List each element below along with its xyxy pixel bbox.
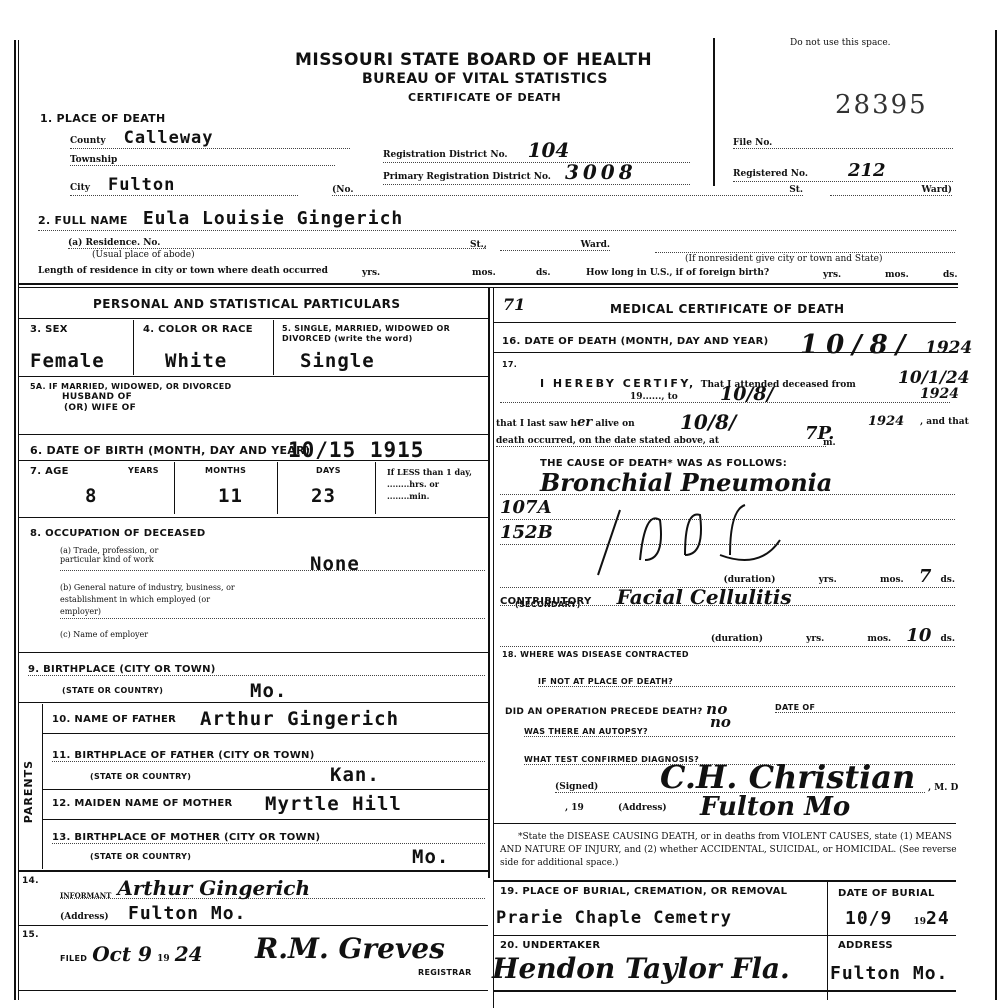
parents-side-label: PARENTS — [22, 760, 35, 823]
divider — [494, 322, 956, 323]
place-of-death-label: 1. PLACE OF DEATH — [40, 112, 165, 125]
divider — [43, 789, 488, 790]
burial-date-value: 10/9 — [845, 908, 892, 929]
operation-label: DID AN OPERATION PRECEDE DEATH? — [505, 707, 703, 717]
father-birthplace-field[interactable]: 11. BIRTHPLACE OF FATHER (CITY OR TOWN) — [52, 750, 485, 762]
county-field[interactable]: CountyCalleway — [70, 128, 350, 149]
divider — [18, 517, 488, 518]
burial-year-value: 24 — [926, 908, 950, 929]
medical-address-label: (Address) — [618, 803, 667, 813]
county-label: County — [70, 136, 106, 146]
and-that-label: , and that — [920, 417, 969, 427]
duration-mos: mos. — [880, 575, 904, 585]
autopsy-label: WAS THERE AN AUTOPSY? — [524, 727, 648, 736]
years-value[interactable]: 8 — [85, 485, 97, 507]
birthplace-label: 9. BIRTHPLACE (CITY OR TOWN) — [28, 664, 216, 675]
dod-label: 16. DATE OF DEATH (MONTH, DAY AND YEAR) — [502, 336, 769, 347]
primary-reg-field[interactable]: Primary Registration District No.3008 — [383, 160, 690, 185]
sex-value[interactable]: Female — [30, 350, 105, 372]
length-ds-label: ds. — [536, 268, 551, 278]
duration-yrs-2: yrs. — [806, 634, 824, 644]
race-value[interactable]: White — [165, 350, 227, 372]
full-name-field[interactable]: 2. FULL NAME Eula Louisie Gingerich — [38, 208, 956, 231]
last-saw-pronoun: er — [577, 415, 592, 430]
registrar-label: REGISTRAR — [418, 968, 472, 977]
section-divider — [18, 283, 958, 285]
parents-divider — [42, 704, 43, 869]
cause-field[interactable]: Bronchial Pneumonia — [500, 468, 955, 495]
registered-no-value: 212 — [848, 160, 886, 181]
divider — [827, 882, 828, 1000]
death-occurred-label: death occurred, on the date stated above… — [496, 436, 719, 446]
filed-year: 24 — [175, 942, 203, 966]
medical-year-prefix: , 19 — [565, 803, 584, 813]
father-state-label: (STATE OR COUNTRY) — [90, 772, 191, 781]
informant-field[interactable]: INFORMANTArthur Gingerich — [60, 876, 485, 899]
cause-value: Bronchial Pneumonia — [540, 468, 832, 497]
birthplace-field[interactable]: 9. BIRTHPLACE (CITY OR TOWN) — [28, 664, 485, 676]
how-long-us-label: How long in U.S., if of foreign birth? — [586, 268, 769, 278]
city-value: Fulton — [108, 175, 175, 195]
divider — [43, 819, 488, 820]
burial-year-prefix: 19 — [913, 917, 926, 927]
form-title: MISSOURI STATE BOARD OF HEALTH — [295, 50, 652, 70]
left-border-inner — [18, 40, 19, 1000]
duration-yrs: yrs. — [819, 575, 837, 585]
divider — [494, 880, 956, 882]
q18-field[interactable]: IF NOT AT PLACE OF DEATH? — [538, 677, 955, 687]
father-value[interactable]: Arthur Gingerich — [200, 708, 399, 730]
medical-mark: 71 — [503, 295, 525, 314]
operation-date-field[interactable]: DATE OF — [775, 703, 955, 713]
residence-label: (a) Residence. No. — [68, 238, 160, 248]
years-label: YEARS — [128, 466, 159, 475]
residence-st-label: St., — [470, 240, 487, 250]
do-not-use-note: Do not use this space. — [790, 38, 891, 48]
attended-from[interactable]: 10/1/24 — [898, 368, 970, 388]
file-no-label: File No. — [733, 138, 772, 148]
divider — [174, 462, 175, 514]
divider — [494, 823, 956, 824]
race-label: 4. COLOR OR RACE — [143, 324, 253, 335]
primary-duration-days: 7 — [919, 566, 932, 587]
mother-bp-label: 13. BIRTHPLACE OF MOTHER (CITY OR TOWN) — [52, 832, 320, 843]
mother-state-value[interactable]: Mo. — [412, 846, 449, 868]
death-time-field[interactable]: death occurred, on the date stated above… — [496, 436, 826, 447]
undertaker-label: 20. UNDERTAKER — [500, 940, 600, 951]
st-label: St. — [789, 185, 803, 195]
primary-reg-value: 3008 — [565, 160, 637, 184]
divider — [18, 460, 488, 461]
burial-address-value[interactable]: Fulton Mo. — [830, 963, 948, 984]
informant-value: Arthur Gingerich — [117, 876, 310, 900]
operation-field[interactable]: DID AN OPERATION PRECEDE DEATH? no — [505, 700, 728, 718]
date-of-label: DATE OF — [775, 703, 815, 712]
contributory-value: Facial Cellulitis — [617, 585, 792, 609]
occ-b-label: (b) General nature of industry, business… — [60, 582, 235, 618]
spouse-label-1: 5A. IF MARRIED, WIDOWED, OR DIVORCED — [30, 382, 231, 391]
marital-value[interactable]: Single — [300, 350, 375, 372]
burial-place-label: 19. PLACE OF BURIAL, CREMATION, OR REMOV… — [500, 886, 787, 897]
residence-ward-field[interactable]: Ward. — [500, 240, 610, 251]
medical-address-value: Fulton Mo — [700, 792, 850, 822]
sex-label: 3. SEX — [30, 324, 68, 335]
us-mos-label: mos. — [885, 270, 909, 280]
divider — [43, 733, 488, 734]
birthplace-state-value[interactable]: Mo. — [250, 680, 287, 702]
township-field[interactable]: Township — [70, 155, 335, 166]
township-label: Township — [70, 155, 117, 165]
residence-field[interactable]: (a) Residence. No. — [68, 238, 486, 249]
father-label: 10. NAME OF FATHER — [52, 714, 176, 725]
dod-value[interactable]: 10/8/ — [800, 330, 913, 360]
full-name-label: 2. FULL NAME — [38, 214, 128, 227]
father-bp-label: 11. BIRTHPLACE OF FATHER (CITY OR TOWN) — [52, 750, 315, 761]
alive-date: 10/8/ — [680, 410, 736, 434]
certify-heading: I HEREBY CERTIFY, — [540, 377, 696, 390]
divider — [18, 702, 488, 703]
primary-reg-label: Primary Registration District No. — [383, 172, 551, 182]
burial-address-label: ADDRESS — [838, 940, 893, 951]
less-than-label: If LESS than 1 day, ........hrs. or ....… — [387, 466, 482, 502]
nonresident-note: (If nonresident give city or town and St… — [685, 254, 883, 264]
last-saw-line[interactable]: that I last saw her alive on — [496, 415, 635, 430]
duration-label: (duration) — [723, 575, 775, 585]
mother-label: 12. MAIDEN NAME OF MOTHER — [52, 798, 232, 809]
filed-label: FILED — [60, 954, 87, 963]
street-field[interactable]: St. — [458, 185, 803, 196]
divider — [18, 318, 488, 319]
dod-year[interactable]: 1924 — [925, 338, 972, 358]
medical-section-title: MEDICAL CERTIFICATE OF DEATH — [610, 302, 845, 316]
alive-year: 1924 — [868, 414, 904, 429]
m-label: m. — [823, 438, 836, 448]
nonresident-field[interactable] — [655, 240, 955, 253]
mother-value[interactable]: Myrtle Hill — [265, 793, 402, 815]
cause-code-1: 107A — [500, 497, 552, 518]
file-no-field[interactable]: File No. — [733, 138, 953, 149]
last-saw-text: that I last saw h — [496, 419, 577, 429]
usual-abode-note: (Usual place of abode) — [92, 250, 195, 260]
divider — [494, 935, 956, 936]
contributory-duration-days: 10 — [906, 625, 931, 646]
divider — [277, 462, 278, 514]
form-subtitle: BUREAU OF VITAL STATISTICS — [362, 71, 608, 87]
father-state-value[interactable]: Kan. — [330, 764, 380, 786]
occupation-b-field[interactable]: (b) General nature of industry, business… — [60, 582, 485, 619]
occupation-a-value: None — [310, 553, 360, 575]
street-no-field[interactable]: (No. — [332, 185, 457, 196]
divider — [133, 320, 134, 375]
undertaker-value[interactable]: Hendon Taylor Fla. — [492, 952, 790, 985]
mother-state-label: (STATE OR COUNTRY) — [90, 852, 191, 861]
dob-value[interactable]: 10/15 1915 — [288, 438, 424, 462]
divider — [273, 320, 274, 375]
secondary-label: (SECONDARY) — [515, 600, 581, 609]
registrar-signature: R.M. Greves — [255, 932, 445, 965]
length-mos-label: mos. — [472, 268, 496, 278]
mother-birthplace-field[interactable]: 13. BIRTHPLACE OF MOTHER (CITY OR TOWN) — [52, 832, 485, 844]
md-label: , M. D — [928, 783, 958, 793]
residence-ward-label: Ward. — [581, 240, 610, 250]
occ-c-label: (c) Name of employer — [60, 630, 148, 639]
ward-field[interactable]: Ward) — [830, 185, 952, 196]
registered-no-field[interactable]: Registered No.212 — [733, 160, 953, 182]
filed-date: Oct 9 — [92, 942, 152, 966]
months-value[interactable]: 11 — [218, 485, 243, 507]
days-value[interactable]: 23 — [311, 485, 336, 507]
divider — [18, 925, 488, 926]
stamp-number: 28395 — [835, 90, 928, 120]
duration-mos-2: mos. — [867, 634, 891, 644]
city-field[interactable]: CityFulton — [70, 175, 298, 196]
informant-number: 14. — [22, 876, 39, 886]
divider — [375, 462, 376, 514]
personal-section-title: PERSONAL AND STATISTICAL PARTICULARS — [93, 297, 401, 311]
marital-label: 5. SINGLE, MARRIED, WIDOWED OR DIVORCED … — [282, 324, 482, 344]
autopsy-field[interactable]: WAS THERE AN AUTOPSY? — [524, 727, 955, 737]
divider — [18, 990, 488, 991]
occupation-label: 8. OCCUPATION OF DECEASED — [30, 528, 206, 539]
full-name-value: Eula Louisie Gingerich — [143, 208, 403, 229]
filed-field[interactable]: FILED Oct 9 19 24 — [60, 942, 203, 966]
footnote: *State the DISEASE CAUSING DEATH, or in … — [500, 831, 958, 870]
filed-year-prefix: 19 — [157, 954, 170, 964]
divider — [494, 352, 956, 353]
cert-number: 17. — [502, 360, 517, 369]
occ-a-label: (a) Trade, profession, or particular kin… — [60, 546, 200, 564]
autopsy-value: no — [710, 713, 731, 731]
months-label: MONTHS — [205, 466, 246, 475]
informant-label: INFORMANT — [60, 891, 111, 900]
birthplace-state-label: (STATE OR COUNTRY) — [62, 686, 163, 695]
age-label: 7. AGE — [30, 466, 69, 477]
county-value: Calleway — [124, 128, 214, 148]
q18-sub-label: IF NOT AT PLACE OF DEATH? — [538, 677, 673, 686]
days-label: DAYS — [316, 466, 341, 475]
length-yrs-label: yrs. — [362, 268, 380, 278]
burial-date-field[interactable]: 10/9 1924 — [845, 908, 950, 929]
us-ds-label: ds. — [943, 270, 958, 280]
reg-district-label: Registration District No. — [383, 150, 508, 160]
to-label: 19......, to — [630, 392, 678, 402]
informant-address-label: (Address) — [60, 912, 109, 922]
form-name: CERTIFICATE OF DEATH — [408, 91, 561, 104]
q18-label: 18. WHERE WAS DISEASE CONTRACTED — [502, 650, 689, 659]
burial-place-value[interactable]: Prarie Chaple Cemetry — [496, 908, 732, 928]
center-divider-2 — [493, 288, 494, 1008]
spouse-label-3: (OR) WIFE OF — [64, 403, 136, 413]
duration-ds-2: ds. — [941, 634, 956, 644]
certify-line: I HEREBY CERTIFY, That I attended deceas… — [540, 372, 856, 391]
signed-label: (Signed) — [555, 782, 598, 792]
divider — [494, 990, 956, 992]
city-label: City — [70, 183, 90, 193]
reg-district-value: 104 — [528, 138, 570, 162]
alive-on-label: alive on — [595, 419, 634, 429]
cause-code-2: 152B — [500, 522, 553, 543]
informant-address-value[interactable]: Fulton Mo. — [128, 903, 246, 924]
divider — [18, 434, 488, 435]
center-divider — [488, 288, 490, 878]
length-residence-label: Length of residence in city or town wher… — [38, 266, 328, 276]
header-divider — [713, 38, 715, 186]
left-border — [14, 40, 16, 1000]
ward-label: Ward) — [922, 185, 952, 195]
divider — [18, 376, 488, 377]
signed-value: C.H. Christian — [660, 758, 915, 796]
no-label: (No. — [332, 185, 353, 195]
burial-date-label: DATE OF BURIAL — [838, 888, 935, 899]
filed-number: 15. — [22, 930, 39, 940]
us-yrs-label: yrs. — [823, 270, 841, 280]
occupation-a-field[interactable]: (a) Trade, profession, or particular kin… — [60, 546, 485, 571]
right-border — [995, 30, 997, 1000]
attended-to: 10/8/ — [720, 383, 774, 405]
divider — [18, 652, 488, 653]
spouse-label-2: HUSBAND OF — [62, 392, 132, 402]
divider — [18, 870, 488, 872]
attended-year: 1924 — [920, 386, 959, 402]
contributory-duration-field[interactable]: (duration) yrs. mos. 10 ds. — [500, 625, 955, 647]
dob-label: 6. DATE OF BIRTH (MONTH, DAY AND YEAR) — [30, 444, 310, 457]
duration-label-2: (duration) — [711, 634, 763, 644]
duration-ds: ds. — [941, 575, 956, 585]
registered-no-label: Registered No. — [733, 169, 808, 179]
